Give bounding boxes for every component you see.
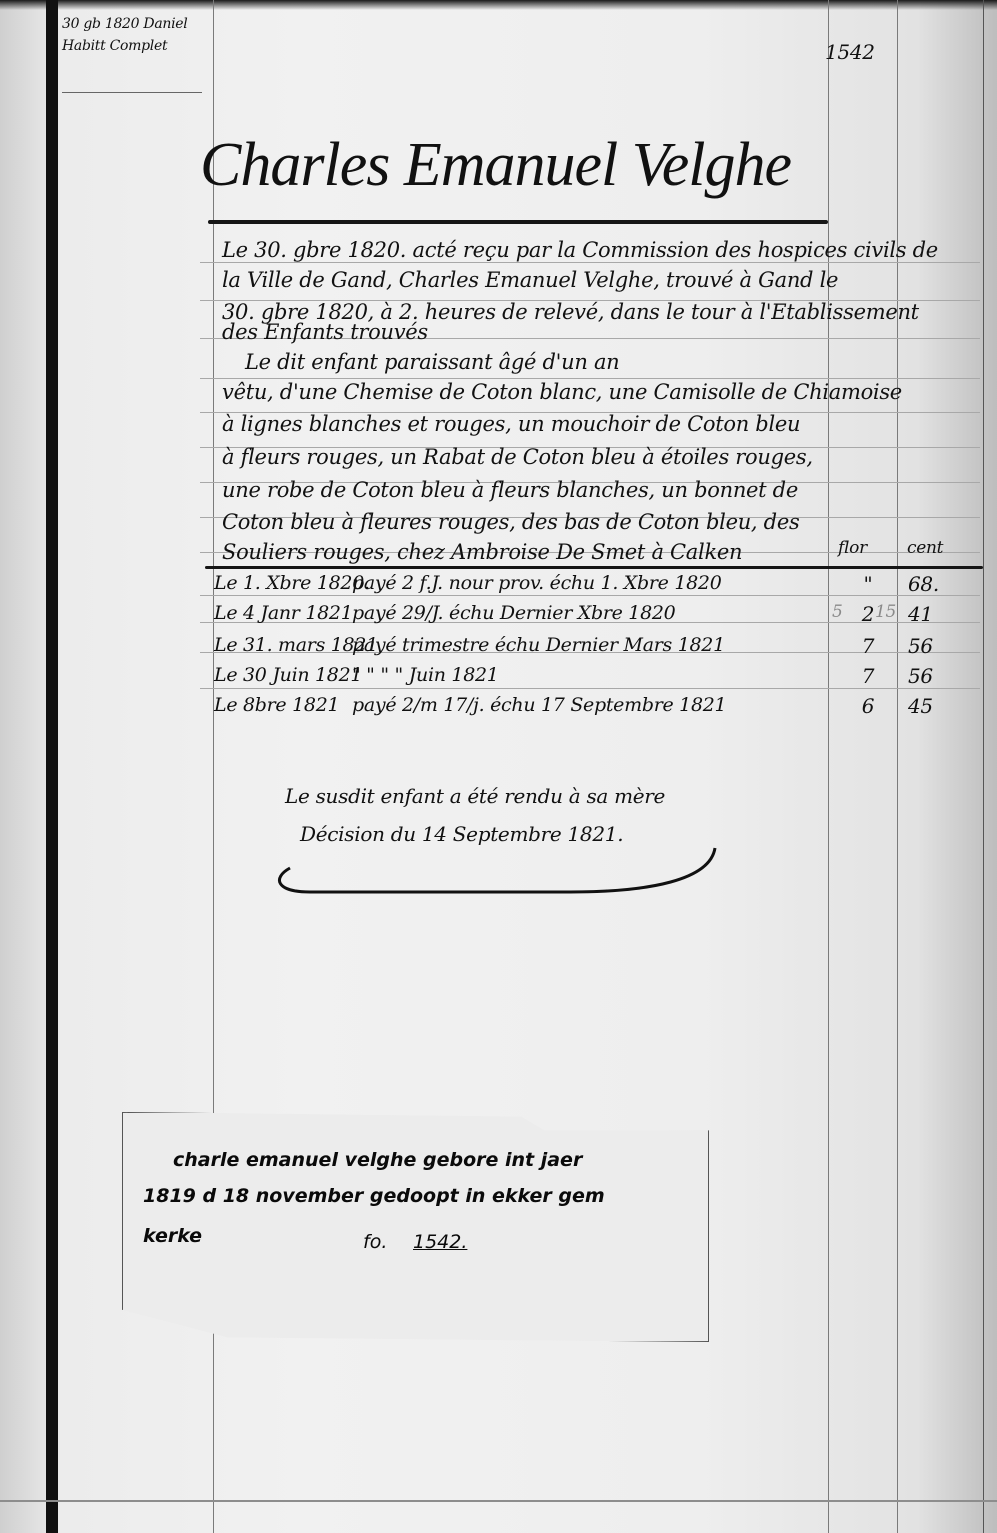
ruling-line bbox=[200, 688, 980, 689]
ruling-line bbox=[200, 262, 980, 263]
margin-note-line-1: 30 gb 1820 Daniel bbox=[62, 14, 187, 34]
entry-line: vêtu, d'une Chemise de Coton blanc, une … bbox=[222, 380, 902, 404]
entry-line: Le dit enfant paraissant âgé d'un an bbox=[245, 350, 619, 374]
payment-date: Le 8bre 1821 bbox=[214, 694, 339, 716]
entry-line: la Ville de Gand, Charles Emanuel Velghe… bbox=[222, 268, 838, 292]
payment-florins: 6 bbox=[838, 694, 898, 718]
payment-description: payé 2 f.J. nour prov. échu 1. Xbre 1820 bbox=[352, 572, 722, 594]
entry-line: Coton bleu à fleures rouges, des bas de … bbox=[222, 510, 799, 534]
cents-column-rule bbox=[897, 0, 898, 1533]
payment-florins: " bbox=[838, 572, 898, 596]
folio-number: 1542 bbox=[825, 40, 875, 64]
payment-cents: 41 bbox=[908, 602, 933, 626]
margin-note-line-2: Habitt Complet bbox=[62, 36, 167, 56]
florins-header: flor bbox=[838, 538, 867, 558]
slip-folio-prefix: fo. bbox=[363, 1231, 387, 1253]
entry-line: à lignes blanches et rouges, un mouchoir… bbox=[222, 412, 800, 436]
florins-column-rule bbox=[828, 0, 829, 1533]
payment-cents: 68. bbox=[908, 572, 939, 596]
closing-line-returned: Le susdit enfant a été rendu à sa mère bbox=[285, 784, 665, 808]
slip-line: kerke bbox=[143, 1225, 202, 1247]
page-top-shadow bbox=[0, 0, 997, 10]
payment-cents: 45 bbox=[908, 694, 933, 718]
margin-note-underline bbox=[62, 92, 202, 93]
page-edge-rule bbox=[983, 0, 984, 1533]
payment-date: Le 1. Xbre 1820. bbox=[214, 572, 370, 594]
slip-line: charle emanuel velghe gebore int jaer bbox=[173, 1149, 582, 1171]
register-page: 30 gb 1820 Daniel Habitt Complet 1542 Ch… bbox=[0, 0, 997, 1533]
payment-description: payé 29/J. échu Dernier Xbre 1820 bbox=[352, 602, 675, 624]
title-underline bbox=[208, 220, 828, 224]
ruling-line bbox=[200, 378, 980, 379]
payment-florins: 7 bbox=[838, 664, 898, 688]
book-binding-edge bbox=[46, 0, 58, 1533]
pencil-note-right: 15 bbox=[875, 602, 896, 622]
slip-line: 1819 d 18 november gedoopt in ekker gem bbox=[143, 1185, 605, 1207]
entry-line: Souliers rouges, chez Ambroise De Smet à… bbox=[222, 540, 742, 564]
entry-line: des Enfants trouvés bbox=[222, 320, 428, 344]
entry-line: Le 30. gbre 1820. acté reçu par la Commi… bbox=[222, 238, 938, 262]
entry-line: une robe de Coton bleu à fleurs blanches… bbox=[222, 478, 798, 502]
payment-description: " " " " Juin 1821 bbox=[352, 664, 499, 686]
payment-description: payé trimestre échu Dernier Mars 1821 bbox=[352, 634, 725, 656]
payment-date: Le 4 Janr 1821 bbox=[214, 602, 353, 624]
payments-divider bbox=[205, 566, 983, 569]
entry-line: à fleurs rouges, un Rabat de Coton bleu … bbox=[222, 445, 813, 469]
cents-header: cent bbox=[907, 538, 943, 558]
page-fold-line bbox=[0, 1500, 997, 1502]
payment-cents: 56 bbox=[908, 634, 933, 658]
payment-date: Le 30 Juin 1821 bbox=[214, 664, 362, 686]
closing-flourish bbox=[270, 840, 730, 900]
payment-description: payé 2/m 17/j. échu 17 Septembre 1821 bbox=[352, 694, 726, 716]
entry-title-name: Charles Emanuel Velghe bbox=[200, 130, 791, 201]
payment-florins: 7 bbox=[838, 634, 898, 658]
payment-cents: 56 bbox=[908, 664, 933, 688]
slip-folio-ref: 1542. bbox=[413, 1231, 467, 1253]
attached-paper-slip: charle emanuel velghe gebore int jaer 18… bbox=[122, 1112, 709, 1342]
